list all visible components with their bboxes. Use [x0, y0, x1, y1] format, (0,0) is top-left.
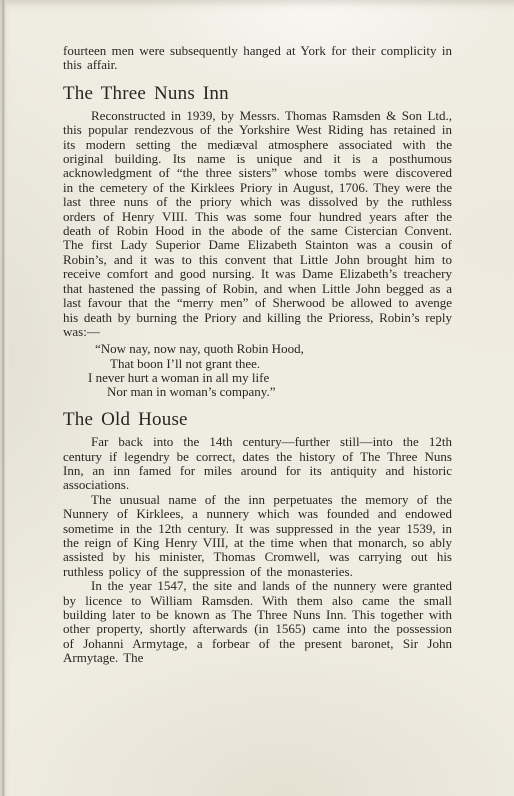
verse-line-4: Nor man in woman’s company.” [63, 385, 452, 399]
section-heading-old-house: The Old House [63, 409, 452, 430]
old-house-paragraph-3: In the year 1547, the site and lands of … [63, 579, 452, 665]
old-house-paragraph-2: The unusual name of the inn perpetuates … [63, 493, 452, 579]
three-nuns-inn-paragraph: Reconstructed in 1939, by Messrs. Thomas… [63, 109, 452, 340]
page-text-block: fourteen men were subsequently hanged at… [63, 44, 452, 666]
verse-line-3: I never hurt a woman in all my life [63, 371, 452, 385]
scanned-booklet-page: fourteen men were subsequently hanged at… [0, 0, 514, 796]
verse-line-1: “Now nay, now nay, quoth Robin Hood, [63, 342, 452, 356]
section-heading-three-nuns-inn: The Three Nuns Inn [63, 83, 452, 104]
page-top-edge-shadow [0, 0, 514, 7]
continuation-paragraph: fourteen men were subsequently hanged at… [63, 44, 452, 73]
old-house-paragraph-1: Far back into the 14th century—further s… [63, 435, 452, 493]
verse-line-2: That boon I’ll not grant thee. [63, 357, 452, 371]
robin-hood-verse: “Now nay, now nay, quoth Robin Hood, Tha… [63, 342, 452, 399]
page-left-edge-shadow [0, 0, 10, 796]
